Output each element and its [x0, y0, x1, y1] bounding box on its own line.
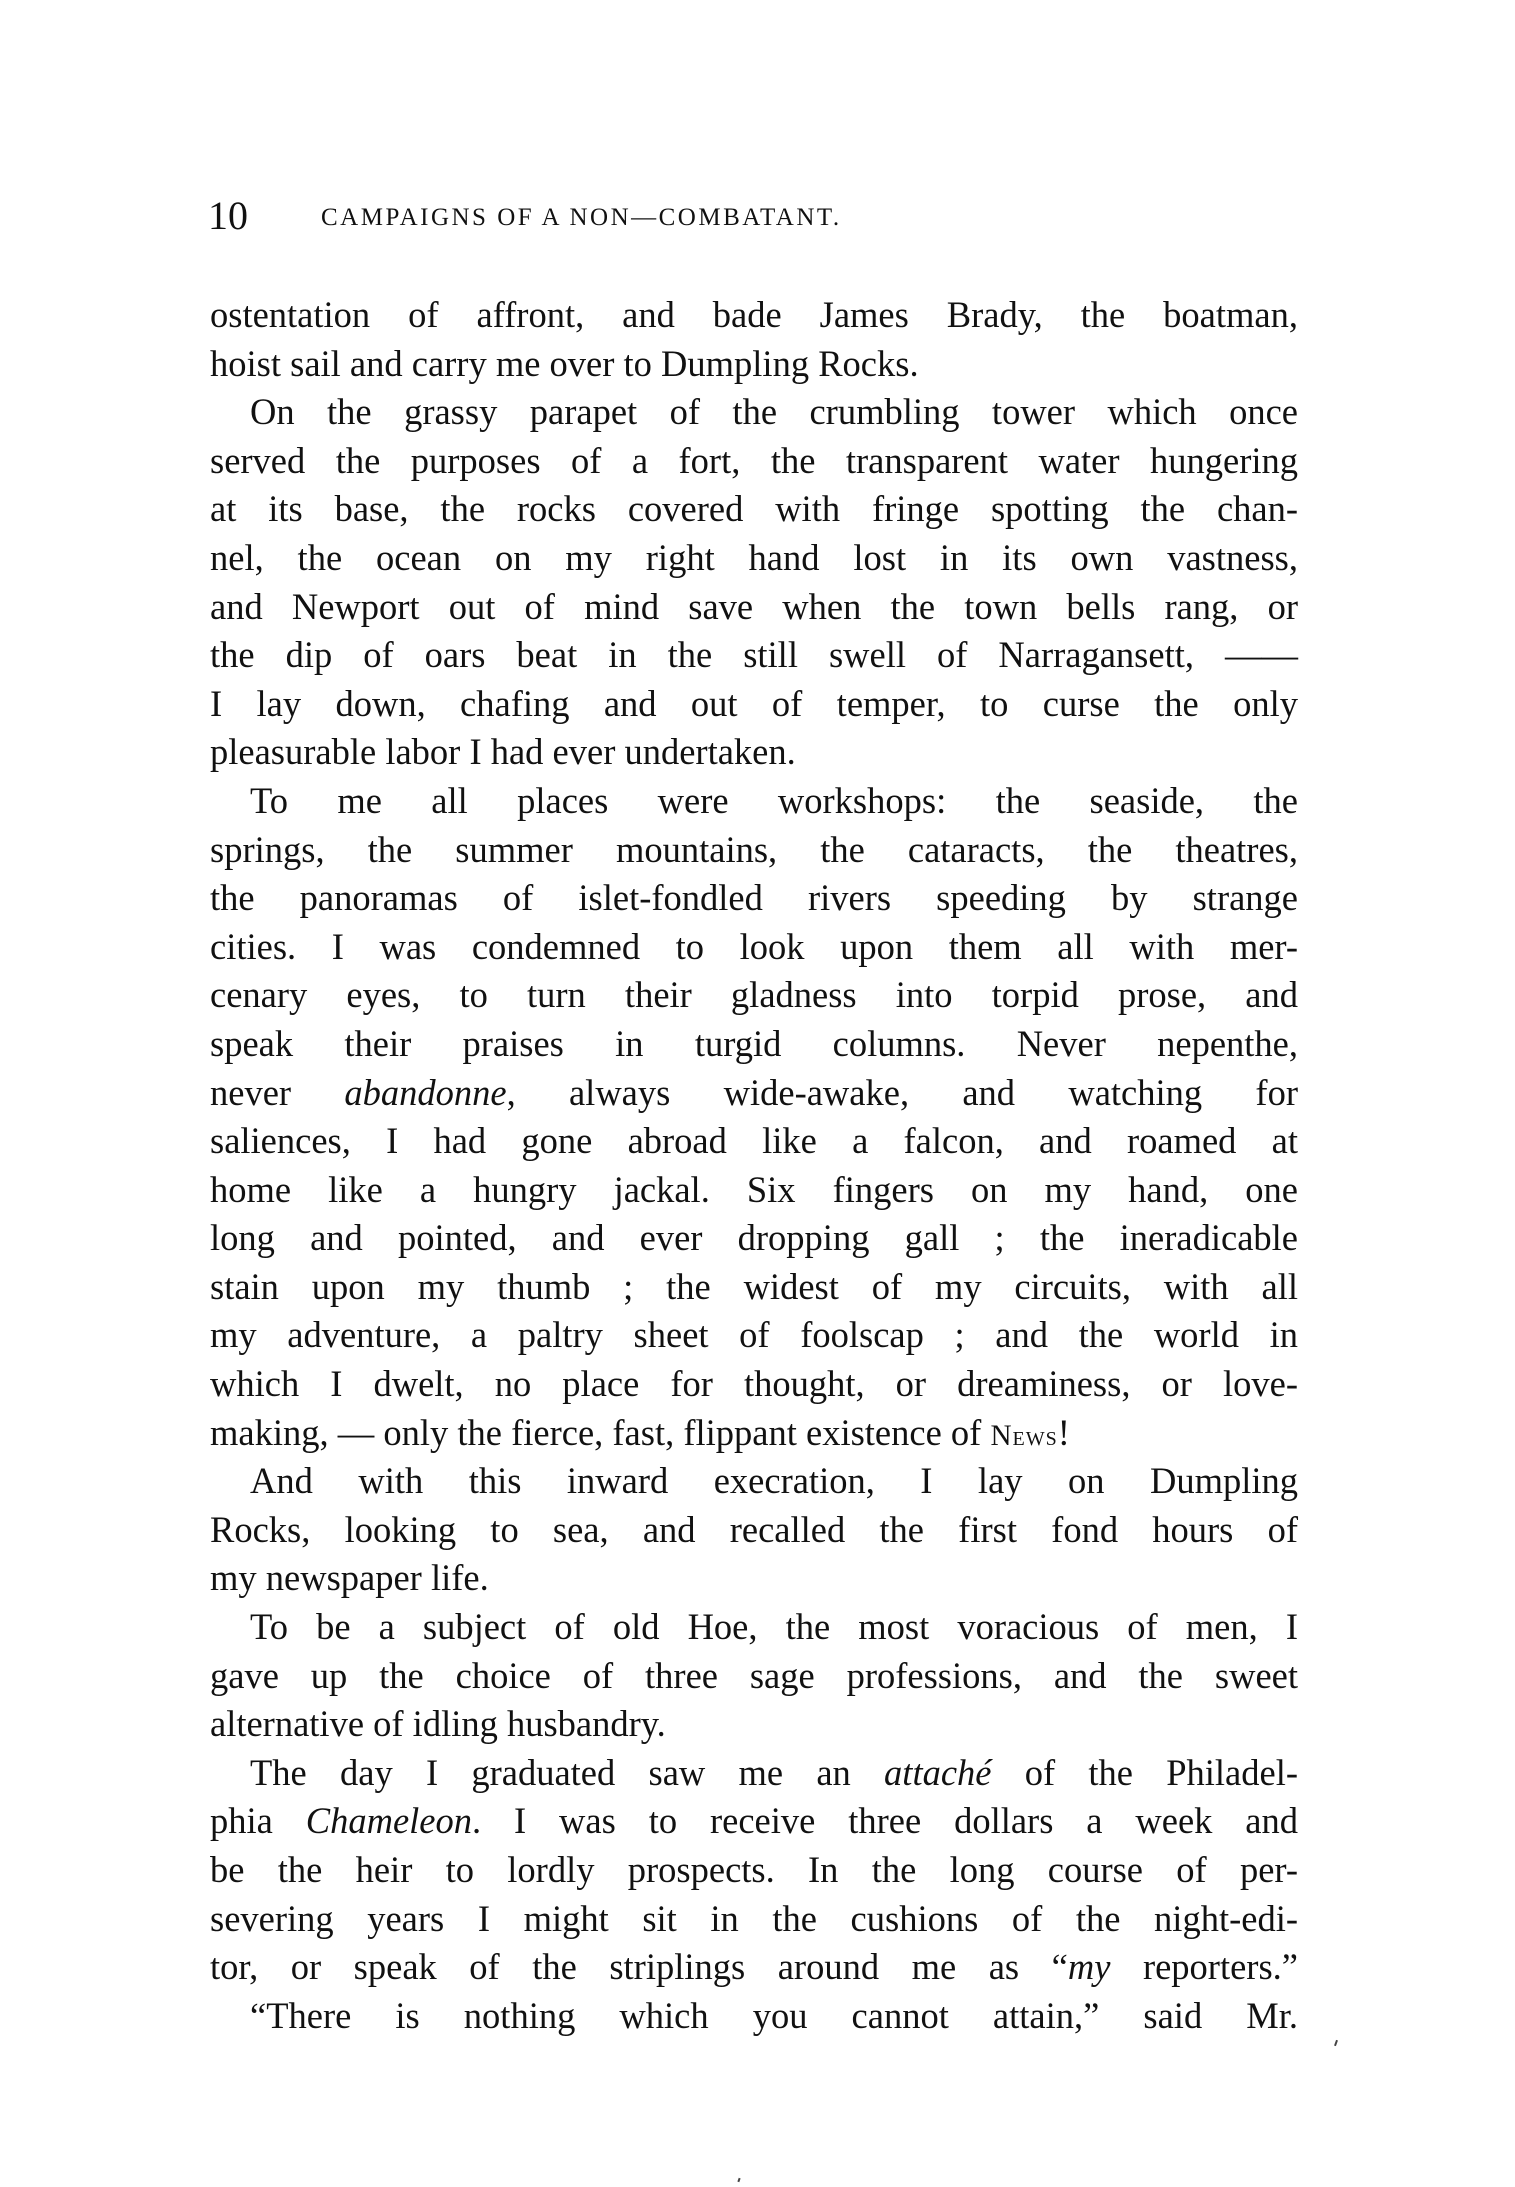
text-line: pleasurable labor I had ever undertaken.	[210, 728, 1298, 777]
text-line: be the heir to lordly prospects. In the …	[210, 1846, 1298, 1895]
text-line: ostentation of affront, and bade James B…	[210, 291, 1298, 340]
running-head: 10 CAMPAIGNS OF A NON—COMBATANT.	[208, 188, 1298, 244]
text-line: And with this inward execration, I lay o…	[210, 1457, 1298, 1506]
text-line: the panoramas of islet-fondled rivers sp…	[210, 874, 1298, 923]
text-line: the dip of oars beat in the still swell …	[210, 631, 1298, 680]
text-line: making, — only the fierce, fast, flippan…	[210, 1409, 1298, 1458]
text-line: my adventure, a paltry sheet of foolscap…	[210, 1311, 1298, 1360]
scan-speck	[1334, 2040, 1338, 2046]
text-run: never	[210, 1072, 344, 1113]
text-line: On the grassy parapet of the crumbling t…	[210, 388, 1298, 437]
text-line: phia Chameleon. I was to receive three d…	[210, 1797, 1298, 1846]
running-title: CAMPAIGNS OF A NON—COMBATANT.	[321, 192, 842, 244]
text-run: reporters.”	[1110, 1946, 1298, 1987]
text-line: never abandonne, always wide-awake, and …	[210, 1069, 1298, 1118]
text-line: To be a subject of old Hoe, the most vor…	[210, 1603, 1298, 1652]
text-run: making, — only the fierce, fast, flippan…	[210, 1412, 990, 1453]
italic-run: my	[1068, 1946, 1111, 1987]
text-line: alternative of idling husbandry.	[210, 1700, 1298, 1749]
text-line: tor, or speak of the striplings around m…	[210, 1943, 1298, 1992]
text-line: served the purposes of a fort, the trans…	[210, 437, 1298, 486]
text-line: speak their praises in turgid columns. N…	[210, 1020, 1298, 1069]
book-page: 10 CAMPAIGNS OF A NON—COMBATANT. ostenta…	[0, 0, 1515, 2187]
italic-run: abandonne	[344, 1072, 506, 1113]
text-line: and Newport out of mind save when the to…	[210, 583, 1298, 632]
smallcaps-run: News	[990, 1420, 1057, 1452]
text-line: cenary eyes, to turn their gladness into…	[210, 971, 1298, 1020]
text-line: home like a hungry jackal. Six fingers o…	[210, 1166, 1298, 1215]
text-line: long and pointed, and ever dropping gall…	[210, 1214, 1298, 1263]
italic-run: attaché	[884, 1752, 991, 1793]
body-text: ostentation of affront, and bade James B…	[210, 291, 1298, 2040]
scan-speck	[737, 2178, 740, 2182]
text-run: The day I graduated saw me an	[250, 1752, 884, 1793]
text-line: hoist sail and carry me over to Dumpling…	[210, 340, 1298, 389]
text-run: of the Philadel-	[991, 1752, 1298, 1793]
text-line: gave up the choice of three sage profess…	[210, 1652, 1298, 1701]
text-line: my newspaper life.	[210, 1554, 1298, 1603]
text-line: The day I graduated saw me an attaché of…	[210, 1749, 1298, 1798]
text-run: , always wide-awake, and watching for	[507, 1072, 1298, 1113]
text-run: phia	[210, 1800, 306, 1841]
text-line: nel, the ocean on my right hand lost in …	[210, 534, 1298, 583]
text-line: To me all places were workshops: the sea…	[210, 777, 1298, 826]
text-line: at its base, the rocks covered with frin…	[210, 485, 1298, 534]
text-line: stain upon my thumb ; the widest of my c…	[210, 1263, 1298, 1312]
page-number: 10	[208, 188, 248, 244]
text-line: I lay down, chafing and out of temper, t…	[210, 680, 1298, 729]
text-run: tor, or speak of the striplings around m…	[210, 1946, 1068, 1987]
text-line: severing years I might sit in the cushio…	[210, 1895, 1298, 1944]
text-line: which I dwelt, no place for thought, or …	[210, 1360, 1298, 1409]
text-run: . I was to receive three dollars a week …	[472, 1800, 1298, 1841]
italic-run: Chameleon	[306, 1800, 472, 1841]
text-line: cities. I was condemned to look upon the…	[210, 923, 1298, 972]
text-run: !	[1058, 1412, 1070, 1453]
text-line: “There is nothing which you cannot attai…	[210, 1992, 1298, 2041]
text-line: Rocks, looking to sea, and recalled the …	[210, 1506, 1298, 1555]
text-line: saliences, I had gone abroad like a falc…	[210, 1117, 1298, 1166]
text-line: springs, the summer mountains, the catar…	[210, 826, 1298, 875]
